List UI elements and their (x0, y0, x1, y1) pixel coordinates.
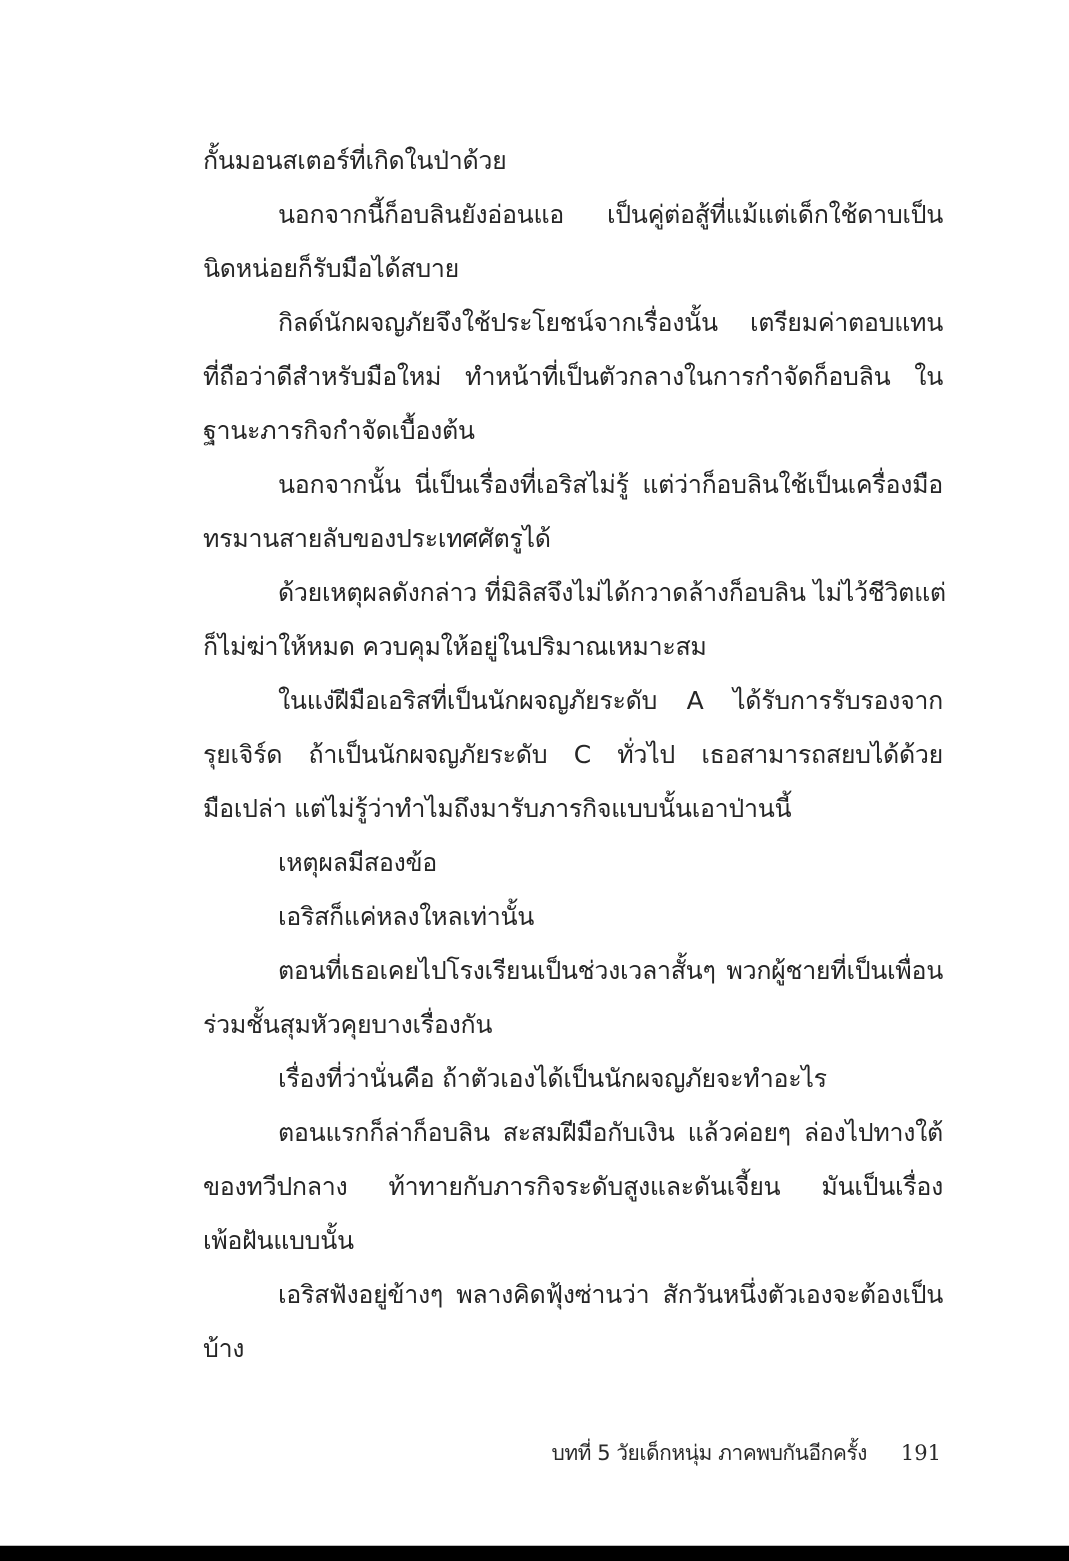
page-number: 191 (901, 1441, 941, 1465)
book-page: กั้นมอนสเตอร์ที่เกิดในป่าด้วยนอกจากนี้ก็… (0, 0, 1069, 1545)
paragraph-first-line: กิลด์นักผจญภัยจึงใช้ประโยชน์จากเรื่องนั้… (203, 300, 943, 354)
paragraph-first-line: ตอนที่เธอเคยไปโรงเรียนเป็นช่วงเวลาสั้นๆ … (203, 948, 943, 1002)
text-line: ร่วมชั้นสุมหัวคุยบางเรื่องกัน (203, 1002, 943, 1056)
text-line: บ้าง (203, 1326, 943, 1380)
text-line: ทรมานสายลับของประเทศศัตรูได้ (203, 516, 943, 570)
text-line: รุยเจิร์ด ถ้าเป็นนักผจญภัยระดับ C ทั่วไป… (203, 732, 943, 786)
paragraph-first-line: เรื่องที่ว่านั่นคือ ถ้าตัวเองได้เป็นนักผ… (203, 1056, 943, 1110)
paragraph-first-line: ตอนแรกก็ล่าก็อบลิน สะสมฝีมือกับเงิน แล้ว… (203, 1110, 943, 1164)
paragraph-first-line: เอริสฟังอยู่ข้างๆ พลางคิดฟุ้งซ่านว่า สัก… (203, 1272, 943, 1326)
chapter-title: บทที่ 5 วัยเด็กหนุ่ม ภาคพบกันอีกครั้ง (552, 1437, 867, 1470)
text-line: ของทวีปกลาง ท้าทายกับภารกิจระดับสูงและดั… (203, 1164, 943, 1218)
text-line: ก็ไม่ฆ่าให้หมด ควบคุมให้อยู่ในปริมาณเหมา… (203, 624, 943, 678)
text-line: เพ้อฝันแบบนั้น (203, 1218, 943, 1272)
body-text: กั้นมอนสเตอร์ที่เกิดในป่าด้วยนอกจากนี้ก็… (203, 138, 943, 1380)
paragraph-first-line: ในแง่ฝีมือเอริสที่เป็นนักผจญภัยระดับ A ไ… (203, 678, 943, 732)
bottom-black-bar (0, 1545, 1069, 1561)
paragraph-first-line: เอริสก็แค่หลงใหลเท่านั้น (203, 894, 943, 948)
text-line: ที่ถือว่าดีสำหรับมือใหม่ ทำหน้าที่เป็นตั… (203, 354, 943, 408)
page-footer: บทที่ 5 วัยเด็กหนุ่ม ภาคพบกันอีกครั้ง 19… (552, 1437, 942, 1470)
paragraph-first-line: นอกจากนั้น นี่เป็นเรื่องที่เอริสไม่รู้ แ… (203, 462, 943, 516)
text-line: ฐานะภารกิจกำจัดเบื้องต้น (203, 408, 943, 462)
text-line: มือเปล่า แต่ไม่รู้ว่าทำไมถึงมารับภารกิจแ… (203, 786, 943, 840)
text-line: นิดหน่อยก็รับมือได้สบาย (203, 246, 943, 300)
text-line: กั้นมอนสเตอร์ที่เกิดในป่าด้วย (203, 138, 943, 192)
paragraph-first-line: เหตุผลมีสองข้อ (203, 840, 943, 894)
paragraph-first-line: ด้วยเหตุผลดังกล่าว ที่มิลิสจึงไม่ได้กวาด… (203, 570, 943, 624)
paragraph-first-line: นอกจากนี้ก็อบลินยังอ่อนแอ เป็นคู่ต่อสู้ท… (203, 192, 943, 246)
